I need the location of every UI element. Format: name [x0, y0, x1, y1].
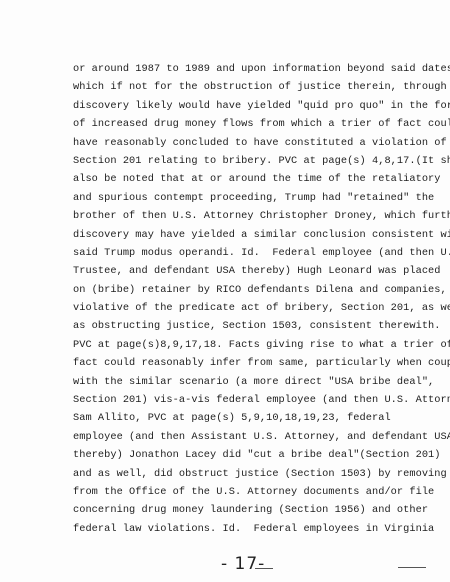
- body-text: or around 1987 to 1989 and upon informat…: [73, 60, 443, 538]
- text-line: Trustee, and defendant USA thereby) Hugh…: [73, 262, 443, 280]
- text-line: with the similar scenario (a more direct…: [73, 373, 443, 391]
- text-line: from the Office of the U.S. Attorney doc…: [73, 483, 443, 501]
- text-line: Section 201 relating to bribery. PVC at …: [73, 152, 443, 170]
- text-line: thereby) Jonathon Lacey did "cut a bribe…: [73, 446, 443, 464]
- text-line: and as well, did obstruct justice (Secti…: [73, 465, 443, 483]
- text-line: discovery may have yielded a similar con…: [73, 226, 443, 244]
- text-line: said Trump modus operandi. Id. Federal e…: [73, 244, 443, 262]
- text-line: of increased drug money flows from which…: [73, 115, 443, 133]
- text-line: have reasonably concluded to have consti…: [73, 134, 443, 152]
- text-line: federal law violations. Id. Federal empl…: [73, 520, 443, 538]
- text-line: Section 201) vis-a-vis federal employee …: [73, 391, 443, 409]
- text-line: employee (and then Assistant U.S. Attorn…: [73, 428, 443, 446]
- text-line: violative of the predicate act of briber…: [73, 299, 443, 317]
- handwritten-underline: [398, 567, 426, 568]
- text-line: on (bribe) retainer by RICO defendants D…: [73, 281, 443, 299]
- text-line: PVC at page(s)8,9,17,18. Facts giving ri…: [73, 336, 443, 354]
- text-line: concerning drug money laundering (Sectio…: [73, 501, 443, 519]
- text-line: or around 1987 to 1989 and upon informat…: [73, 60, 443, 78]
- text-line: as obstructing justice, Section 1503, co…: [73, 317, 443, 335]
- handwritten-underline: [255, 568, 273, 569]
- text-line: discovery likely would have yielded "qui…: [73, 97, 443, 115]
- text-line: and spurious contempt proceeding, Trump …: [73, 189, 443, 207]
- text-line: brother of then U.S. Attorney Christophe…: [73, 207, 443, 225]
- page-number: - 17-: [221, 554, 265, 574]
- text-line: also be noted that at or around the time…: [73, 170, 443, 188]
- document-page: or around 1987 to 1989 and upon informat…: [0, 0, 450, 582]
- text-line: fact could reasonably infer from same, p…: [73, 354, 443, 372]
- text-line: Sam Allito, PVC at page(s) 5,9,10,18,19,…: [73, 409, 443, 427]
- text-line: which if not for the obstruction of just…: [73, 78, 443, 96]
